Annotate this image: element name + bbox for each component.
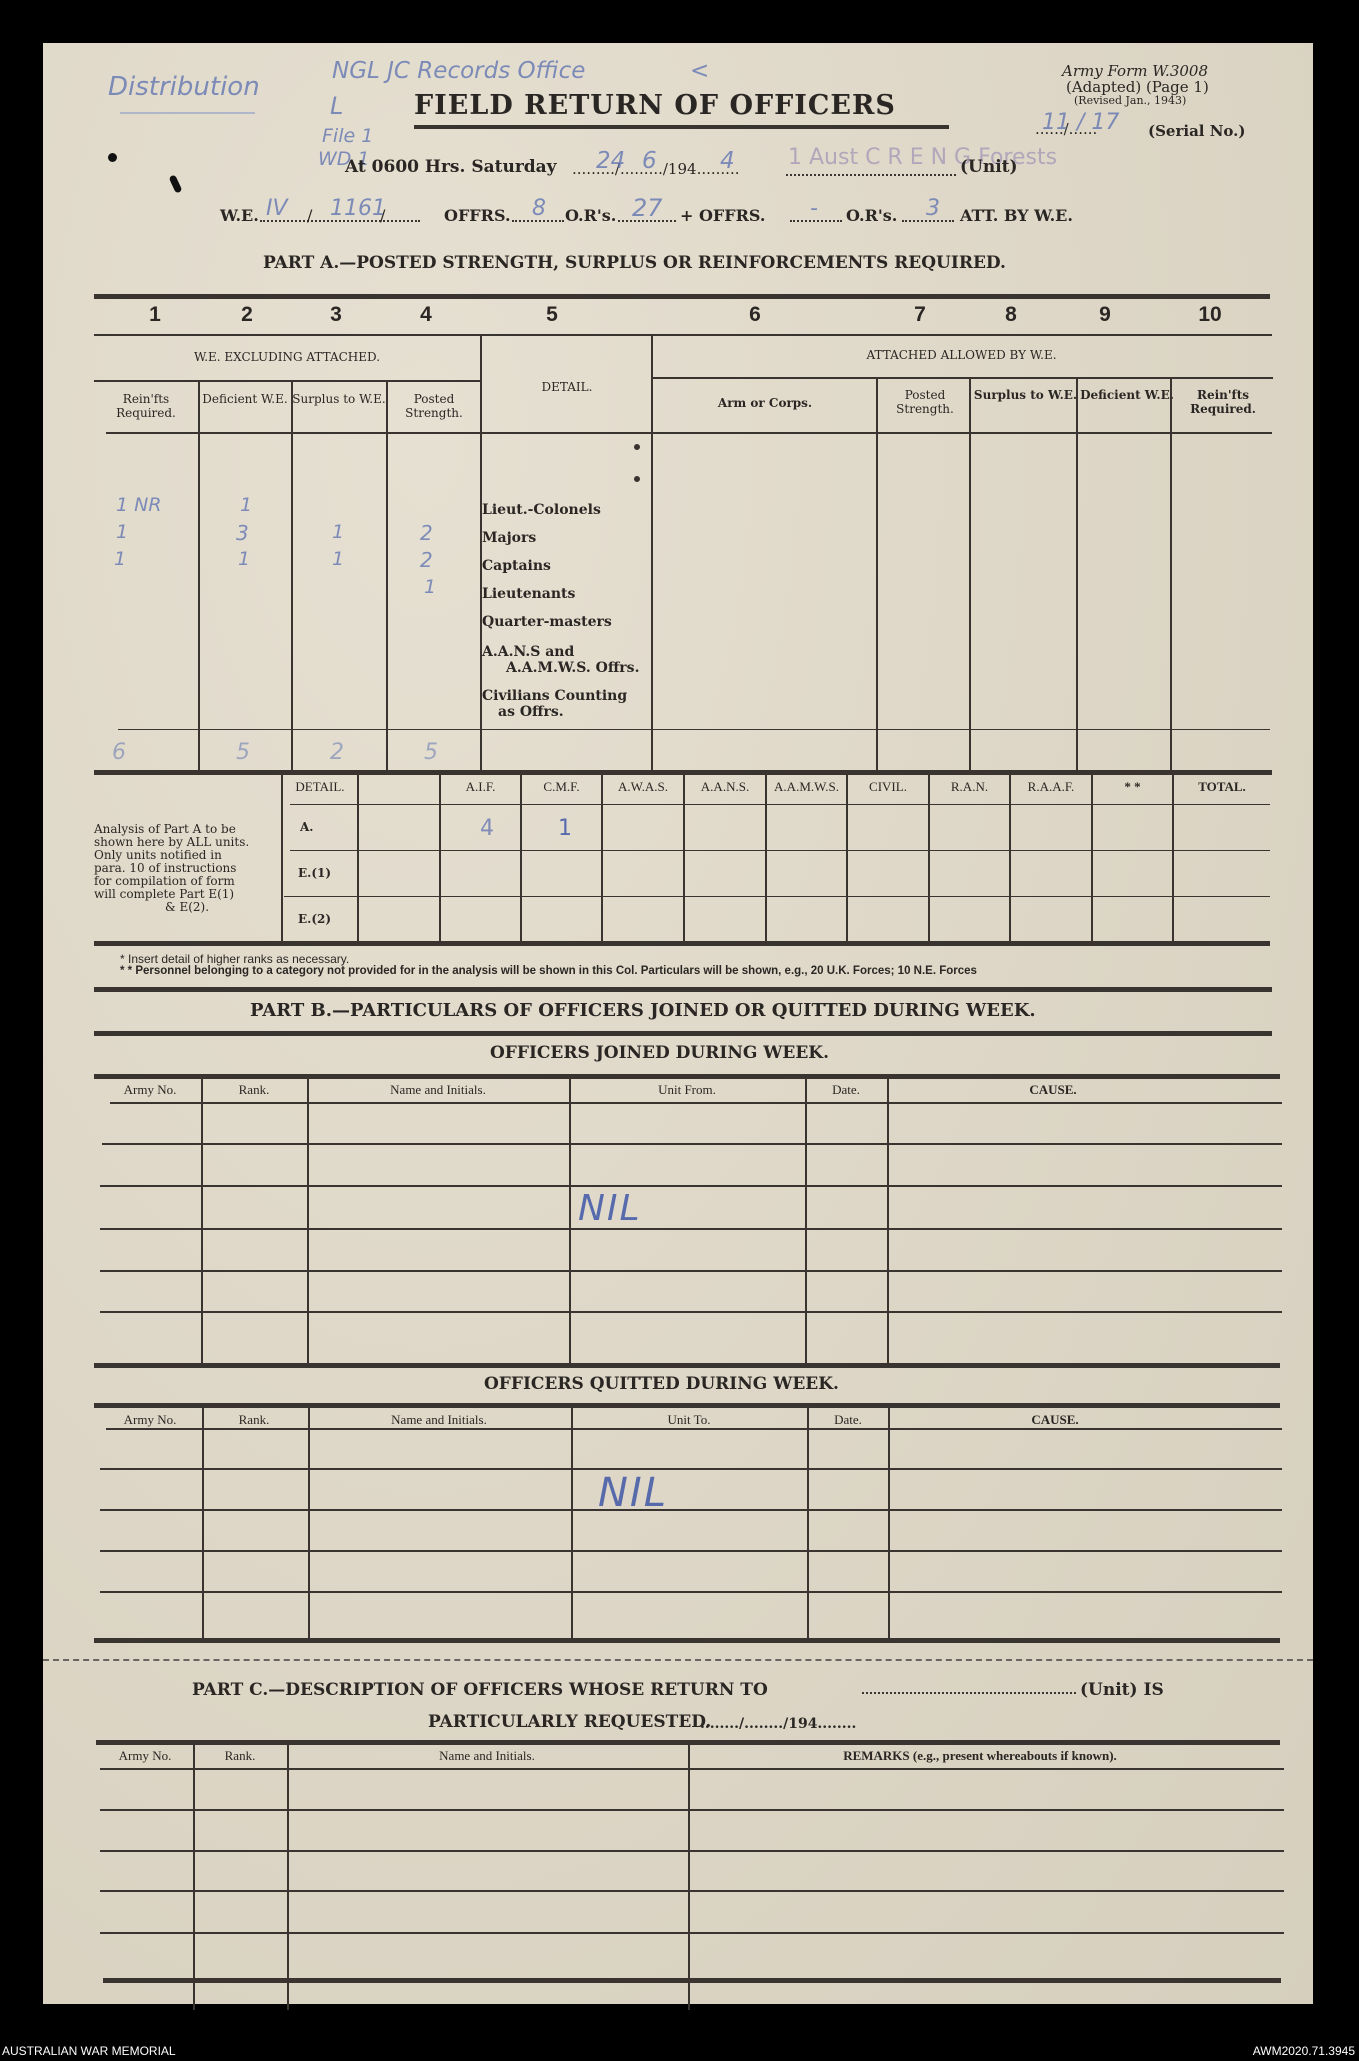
analysis-col-raaf: R.A.A.F. [1011,779,1091,795]
col-divider [846,773,848,943]
quitted-col-rank: Rank. [202,1412,306,1428]
col-divider [765,773,767,943]
col-header-detail: DETAIL. [482,380,652,394]
army-form-revised: (Revised Jan., 1943) [1074,94,1186,107]
col-divider [520,773,522,943]
quitted-col-unit-to: Unit To. [572,1412,806,1428]
rule [94,1363,1280,1368]
col-number: 9 [1090,303,1120,327]
col-divider [386,380,388,770]
rank-label: Civilians Counting [482,688,627,704]
col-divider [198,380,200,770]
we-value-2[interactable]: 1161 [330,196,386,221]
joined-heading: OFFICERS JOINED DURING WEEK. [490,1043,829,1063]
col-divider [1076,377,1078,770]
rank-label: Majors [482,530,536,546]
rank-label-cont: as Offrs. [498,704,564,720]
analysis-col-aans: A.A.N.S. [685,779,765,795]
analysis-col-aif: A.I.F. [441,779,520,795]
title-underline [414,125,949,129]
total-reinfts[interactable]: 6 [112,740,126,765]
unit-label: (Unit) [960,157,1018,177]
analysis-cmf-value[interactable]: 1 [558,816,572,841]
rule [94,380,480,382]
table-row-rule [100,1768,1284,1770]
joined-col-date: Date. [806,1082,886,1098]
routing-mark: < [690,58,709,84]
capt-surplus[interactable]: 1 [332,548,344,570]
quitted-col-army-no: Army No. [100,1412,200,1428]
serial-value[interactable]: 11 / 17 [1042,110,1119,135]
maj-deficient[interactable]: 3 [236,521,249,545]
rank-label-cont: A.A.M.W.S. Offrs. [506,660,639,676]
rule [290,850,1270,851]
table-row-rule [100,1311,1282,1313]
total-deficient[interactable]: 5 [236,740,250,765]
part-c-col-rank: Rank. [194,1748,286,1764]
col-divider [805,1077,807,1363]
joined-col-cause: CAUSE. [888,1082,1218,1098]
capt-posted[interactable]: 2 [420,548,433,572]
col-header-att-surplus: Surplus to W.E. [973,388,1078,402]
distribution-underline [120,112,255,114]
form-title: FIELD RETURN OF OFFICERS [414,90,896,121]
footer-credit: AUSTRALIAN WAR MEMORIAL [2,2044,176,2058]
analysis-col-ran: R.A.N. [930,779,1009,795]
analysis-note-line: & E(2). [94,901,280,914]
group-header-attached: ATTACHED ALLOWED BY W.E. [653,348,1270,362]
col-number: 4 [411,303,441,327]
rank-label: Lieut.-Colonels [482,502,601,518]
part-c-unit-label: (Unit) IS [1080,1680,1164,1700]
analysis-col-civil: CIVIL. [848,779,928,795]
lt-col-reinfts[interactable]: 1 NR [116,494,162,516]
group-header-we-excluding: W.E. EXCLUDING ATTACHED. [94,350,480,364]
we-separator: / [307,206,312,225]
col-divider [357,773,359,943]
col-header-arm-corps: Arm or Corps. [653,396,877,410]
rule [290,804,1270,805]
we-label: W.E. [220,206,259,225]
col-divider [287,1743,289,2010]
joined-col-army-no: Army No. [100,1082,200,1098]
col-divider [601,773,603,943]
col-divider [281,773,283,943]
col-divider [569,1077,571,1363]
att-label: ATT. BY W.E. [960,206,1073,225]
total-posted[interactable]: 5 [424,740,438,765]
table-row-rule [100,1185,1282,1187]
part-b-heading: PART B.—PARTICULARS OF OFFICERS JOINED O… [250,1000,1036,1021]
col-header-att-deficient: Deficient W.E. [1080,388,1174,402]
capt-deficient[interactable]: 1 [238,548,250,570]
table-row-rule [102,1143,1282,1145]
part-c-requested: PARTICULARLY REQUESTED. [428,1712,711,1732]
col-number: 8 [996,303,1026,327]
rule [94,941,1270,946]
routing-note-2: L [330,92,343,120]
rule [653,377,1273,379]
ors-value[interactable]: 27 [632,194,663,222]
joined-col-unit-from: Unit From. [570,1082,804,1098]
quitted-col-name: Name and Initials. [308,1412,570,1428]
col-number: 2 [232,303,262,327]
part-c-col-army-no: Army No. [98,1748,192,1764]
rule [94,1074,1280,1079]
part-c-unit-field[interactable] [862,1692,1076,1694]
col-number: 7 [905,303,935,327]
maj-posted[interactable]: 2 [420,521,433,545]
analysis-row-e1: E.(1) [298,866,331,880]
analysis-col-total: TOTAL. [1174,779,1270,795]
rule [94,294,1270,299]
col-divider [307,1077,309,1363]
lt-col-deficient[interactable]: 1 [240,494,252,516]
rule [94,1403,1280,1408]
col-number: 3 [321,303,351,327]
plus-offrs-label: + OFFRS. [680,206,765,225]
punch-hole [108,153,117,162]
quitted-heading: OFFICERS QUITTED DURING WEEK. [484,1374,839,1394]
rank-label: A.A.N.S and [482,644,574,660]
col-divider [683,773,685,943]
col-divider [202,1406,204,1639]
form-sheet [43,43,1313,2004]
analysis-col-other: * * [1093,779,1172,795]
rule [118,729,1270,730]
offrs-value[interactable]: 8 [532,196,546,221]
col-divider [876,377,878,770]
table-row-rule [100,1228,1282,1230]
col-divider [201,1077,203,1363]
footer-accession: AWM2020.71.3945 [1253,2044,1355,2058]
joined-nil-entry[interactable]: NIL [578,1188,642,1229]
date-year-digit[interactable]: 4 [720,148,735,174]
part-a-heading: PART A.—POSTED STRENGTH, SURPLUS OR REIN… [263,253,1006,273]
joined-col-rank: Rank. [202,1082,306,1098]
col-divider [308,1406,310,1639]
rule [106,432,1272,434]
col-header-att-reinfts: Rein'fts Required. [1176,388,1270,416]
part-c-col-remarks: REMARKS (e.g., present whereabouts if kn… [690,1748,1270,1764]
table-row-rule [100,1270,1282,1272]
col-number: 6 [740,303,770,327]
table-row-rule [100,1890,1284,1892]
rule [94,334,1272,336]
col-divider [1091,773,1093,943]
analysis-col-awas: A.W.A.S. [603,779,683,795]
analysis-col-aamws: A.A.M.W.S. [767,779,846,795]
col-divider [651,334,653,770]
col-divider [1172,773,1174,943]
analysis-col-cmf: C.M.F. [522,779,601,795]
plus-ors-value[interactable]: 3 [926,196,940,221]
maj-surplus[interactable]: 1 [332,521,344,543]
offrs-label: OFFRS. [444,206,511,225]
table-row-rule [106,1428,1282,1430]
rule [284,896,1270,897]
table-row-rule [100,1550,1282,1552]
routing-note-3: File 1 [322,125,373,147]
date-day[interactable]: 24 [596,148,625,174]
table-row-rule [100,1850,1284,1852]
table-row-rule [100,1591,1282,1593]
col-divider [571,1406,573,1639]
distribution-note: Distribution [108,72,260,102]
col-header-deficient: Deficient W.E. [200,392,290,406]
part-c-col-name: Name and Initials. [288,1748,686,1764]
col-number: 1 [140,303,170,327]
rule [94,987,1272,992]
col-divider [969,377,971,770]
capt-reinfts[interactable]: 1 [114,548,126,570]
col-header-att-posted: Posted Strength. [879,388,971,416]
col-divider [480,334,482,770]
routing-note-1: NGL JC Records Office [332,58,585,84]
at-line-prefix: At 0600 Hrs. Saturday [345,157,557,177]
quitted-col-date: Date. [808,1412,888,1428]
analysis-aif-value[interactable]: 4 [480,816,494,841]
rank-label: Captains [482,558,551,574]
col-divider [887,1077,889,1363]
footnote-2: * * Personnel belonging to a category no… [120,965,977,977]
quitted-col-cause: CAUSE. [890,1412,1220,1428]
col-divider [439,773,441,943]
part-c-date-field[interactable]: ......../......../194........ [700,1716,856,1732]
maj-reinfts[interactable]: 1 [116,521,128,543]
col-header-reinfts: Rein'fts Required. [94,392,198,420]
plus-ors-label: O.R's. [846,206,897,225]
joined-col-name: Name and Initials. [308,1082,568,1098]
col-divider [1170,377,1172,770]
table-row-rule [100,1468,1282,1470]
perforation-line [43,1659,1313,1661]
rank-label: Quarter-masters [482,614,612,630]
col-number: 10 [1190,303,1230,327]
table-row-rule [100,1509,1282,1511]
col-divider [928,773,930,943]
footnote-1: * Insert detail of higher ranks as neces… [120,952,349,966]
col-divider [688,1743,690,2010]
col-divider [291,380,293,770]
table-row-rule [100,1809,1284,1811]
table-row-rule [110,1102,1282,1104]
rank-label: Lieutenants [482,586,575,602]
ors-label: O.R's. [565,206,616,225]
col-number: 5 [537,303,567,327]
analysis-col-detail: DETAIL. [283,779,357,795]
col-divider [888,1406,890,1639]
col-header-posted: Posted Strength. [388,392,480,420]
date-month[interactable]: 6 [642,148,657,174]
we-separator: / [380,206,385,225]
serial-label: (Serial No.) [1148,122,1246,140]
col-header-surplus: Surplus to W.E. [292,392,386,406]
bullet-asterisk [634,444,640,450]
total-surplus[interactable]: 2 [330,740,344,765]
analysis-note: Analysis of Part A to be shown here by A… [94,823,280,914]
bullet-asterisk [634,476,640,482]
rule [94,1031,1272,1036]
lt-posted[interactable]: 1 [424,576,436,598]
col-divider [1009,773,1011,943]
plus-offrs-value[interactable]: - [810,196,818,221]
col-divider [193,1743,195,2010]
part-c-heading: PART C.—DESCRIPTION OF OFFICERS WHOSE RE… [192,1680,768,1700]
table-row-rule [100,1932,1284,1934]
col-divider [807,1406,809,1639]
rule [103,1978,1281,1983]
analysis-row-a: A. [300,820,314,834]
we-value-1[interactable]: IV [266,196,288,221]
rule [94,1638,1280,1643]
quitted-nil-entry[interactable]: NIL [598,1470,668,1516]
analysis-row-e2: E.(2) [298,912,331,926]
